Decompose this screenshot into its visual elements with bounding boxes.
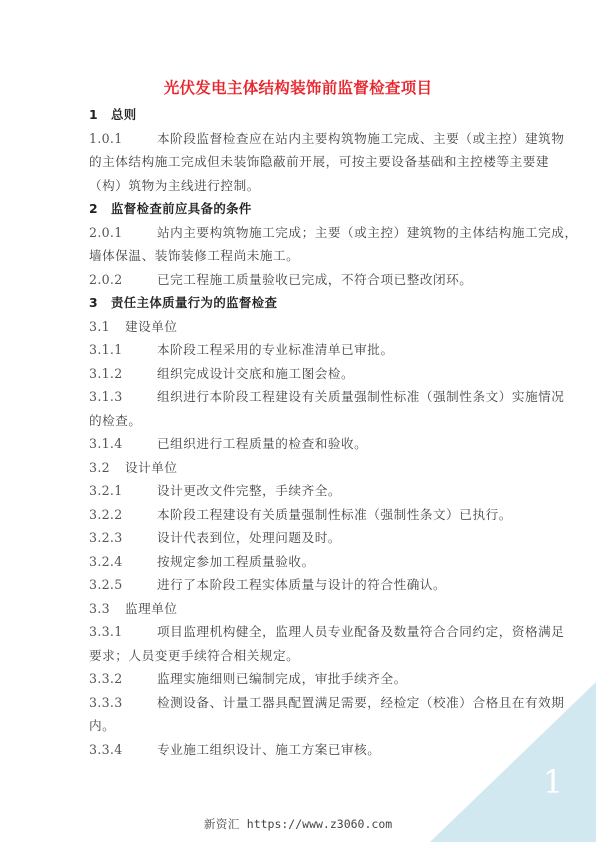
clause-number: 1 [89,103,111,127]
document-body: 1总则1.0.1本阶段监督检查应在站内主要构筑物施工完成、主要（或主控）建筑物的… [89,103,509,761]
clause-number: 3.1.4 [89,432,157,456]
page-number: 1 [538,762,568,802]
clause-line: 3.3.2监理实施细则已编制完成，审批手续齐全。 [89,667,509,691]
clause-number: 3.3.4 [89,738,157,762]
subsection-heading: 3.1建设单位 [89,315,509,339]
footer-brand: 新资汇 [204,817,240,831]
clause-text: 的主体结构施工完成但未装饰隐蔽前开展，可按主要设备基础和主控楼等主要建 [89,154,549,169]
clause-number: 3.1.3 [89,385,157,409]
clause-text: 监理实施细则已编制完成，审批手续齐全。 [157,671,407,686]
clause-continuation: 的主体结构施工完成但未装饰隐蔽前开展，可按主要设备基础和主控楼等主要建 [89,150,509,174]
clause-text: 总则 [111,107,137,122]
clause-number: 3.3 [89,597,125,621]
clause-line: 3.3.3检测设备、计量工器具配置满足需要，经检定（校准）合格且在有效期 [89,691,509,715]
clause-text: 设计更改文件完整，手续齐全。 [157,483,341,498]
clause-text: （构）筑物为主线进行控制。 [89,178,260,193]
clause-text: 项目监理机构健全，监理人员专业配备及数量符合合同约定，资格满足 [157,624,564,639]
clause-line: 3.1.2组织完成设计交底和施工图会检。 [89,362,509,386]
section-heading: 2监督检查前应具备的条件 [89,197,509,221]
clause-number: 3.1.2 [89,362,157,386]
clause-text: 本阶段工程采用的专业标准清单已审批。 [157,342,394,357]
clause-text: 设计代表到位，处理问题及时。 [157,530,341,545]
clause-line: 3.1.4已组织进行工程质量的检查和验收。 [89,432,509,456]
clause-number: 3.2.3 [89,526,157,550]
clause-text: 组织进行本阶段工程建设有关质量强制性标准（强制性条文）实施情况 [157,389,564,404]
footer: 新资汇 https://www.z3060.com [0,814,596,834]
clause-line: 3.2.1设计更改文件完整，手续齐全。 [89,479,509,503]
subsection-heading: 3.2设计单位 [89,456,509,480]
clause-text: 监督检查前应具备的条件 [111,201,252,216]
clause-text: 责任主体质量行为的监督检查 [111,295,277,310]
clause-number: 2.0.2 [89,268,157,292]
clause-text: 专业施工组织设计、施工方案已审核。 [157,742,380,757]
clause-text: 要求；人员变更手续符合相关规定。 [89,648,299,663]
document-title: 光伏发电主体结构装饰前监督检查项目 [0,76,596,100]
clause-number: 3.1.1 [89,338,157,362]
clause-text: 监理单位 [125,601,178,616]
clause-number: 3.3.3 [89,691,157,715]
clause-text: 本阶段监督检查应在站内主要构筑物施工完成、主要（或主控）建筑物 [157,131,564,146]
section-heading: 1总则 [89,103,509,127]
clause-continuation: 要求；人员变更手续符合相关规定。 [89,644,509,668]
clause-text: 内。 [89,718,115,733]
clause-number: 2 [89,197,111,221]
clause-text: 组织完成设计交底和施工图会检。 [157,366,354,381]
clause-text: 的检查。 [89,413,142,428]
clause-text: 已组织进行工程质量的检查和验收。 [157,436,367,451]
clause-text: 墙体保温、装饰装修工程尚未施工。 [89,248,299,263]
clause-number: 3.2.5 [89,573,157,597]
clause-line: 3.1.1本阶段工程采用的专业标准清单已审批。 [89,338,509,362]
clause-line: 3.2.5进行了本阶段工程实体质量与设计的符合性确认。 [89,573,509,597]
clause-number: 3.2.4 [89,550,157,574]
clause-text: 检测设备、计量工器具配置满足需要，经检定（校准）合格且在有效期 [157,695,564,710]
footer-url[interactable]: https://www.z3060.com [247,817,392,831]
clause-number: 3.2.2 [89,503,157,527]
clause-line: 3.2.3设计代表到位，处理问题及时。 [89,526,509,550]
clause-number: 3.3.1 [89,620,157,644]
clause-line: 3.2.2本阶段工程建设有关质量强制性标准（强制性条文）已执行。 [89,503,509,527]
clause-number: 3.1 [89,315,125,339]
clause-line: 3.1.3组织进行本阶段工程建设有关质量强制性标准（强制性条文）实施情况 [89,385,509,409]
clause-number: 1.0.1 [89,127,157,151]
clause-text: 设计单位 [125,460,178,475]
clause-continuation: 的检查。 [89,409,509,433]
clause-text: 本阶段工程建设有关质量强制性标准（强制性条文）已执行。 [157,507,512,522]
clause-line: 3.3.1项目监理机构健全，监理人员专业配备及数量符合合同约定，资格满足 [89,620,509,644]
clause-number: 3.2 [89,456,125,480]
clause-text: 已完工程施工质量验收已完成，不符合项已整改闭环。 [157,272,472,287]
clause-line: 2.0.2已完工程施工质量验收已完成，不符合项已整改闭环。 [89,268,509,292]
clause-number: 3 [89,291,111,315]
clause-text: 站内主要构筑物施工完成；主要（或主控）建筑物的主体结构施工完成， [157,225,578,240]
clause-line: 3.3.4专业施工组织设计、施工方案已审核。 [89,738,509,762]
subsection-heading: 3.3监理单位 [89,597,509,621]
clause-continuation: 内。 [89,714,509,738]
clause-text: 进行了本阶段工程实体质量与设计的符合性确认。 [157,577,446,592]
section-heading: 3责任主体质量行为的监督检查 [89,291,509,315]
clause-text: 建设单位 [125,319,178,334]
clause-number: 3.2.1 [89,479,157,503]
clause-number: 2.0.1 [89,221,157,245]
document-page: 光伏发电主体结构装饰前监督检查项目 1总则1.0.1本阶段监督检查应在站内主要构… [0,0,596,842]
clause-line: 2.0.1站内主要构筑物施工完成；主要（或主控）建筑物的主体结构施工完成， [89,221,509,245]
clause-continuation: 墙体保温、装饰装修工程尚未施工。 [89,244,509,268]
clause-line: 3.2.4按规定参加工程质量验收。 [89,550,509,574]
clause-number: 3.3.2 [89,667,157,691]
clause-continuation: （构）筑物为主线进行控制。 [89,174,509,198]
clause-line: 1.0.1本阶段监督检查应在站内主要构筑物施工完成、主要（或主控）建筑物 [89,127,509,151]
clause-text: 按规定参加工程质量验收。 [157,554,315,569]
